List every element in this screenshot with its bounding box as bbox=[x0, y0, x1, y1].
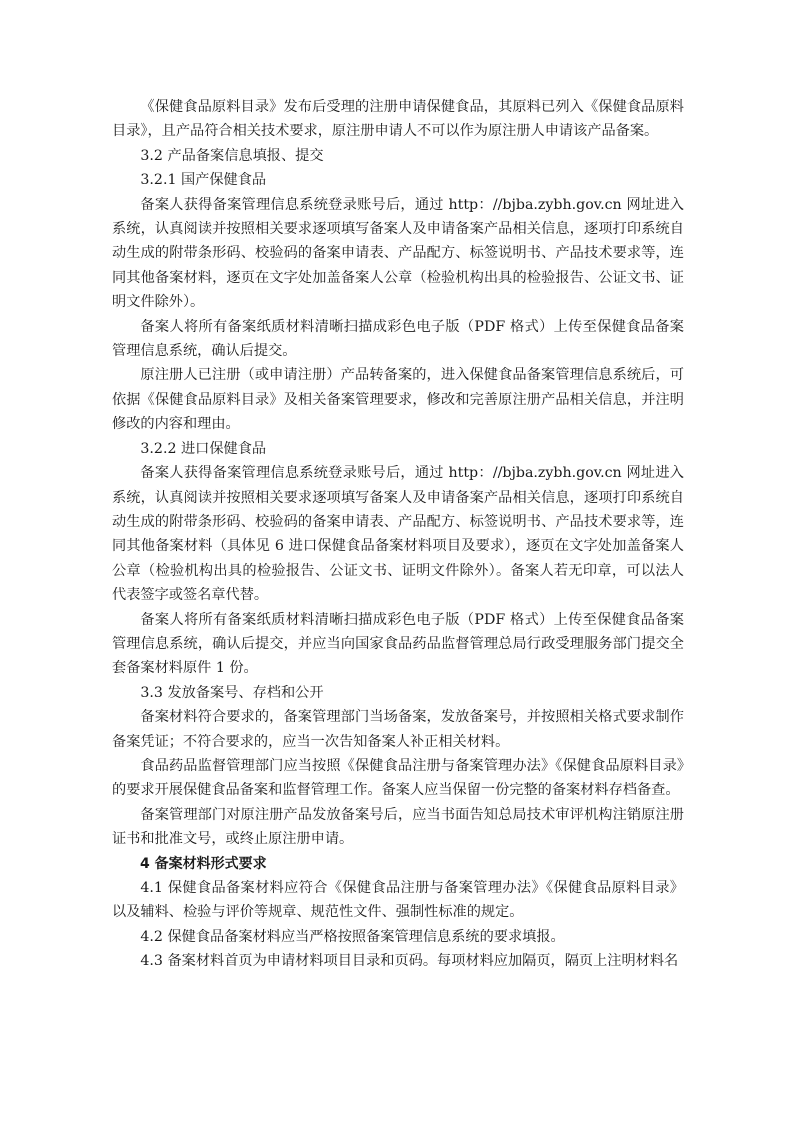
section-heading-3-2-2: 3.2.2 进口保健食品 bbox=[112, 437, 684, 461]
section-heading-3-2: 3.2 产品备案信息填报、提交 bbox=[112, 144, 684, 168]
paragraph-4-2: 4.2 保健食品备案材料应当严格按照备案管理信息系统的要求填报。 bbox=[112, 925, 684, 949]
paragraph-import-login: 备案人获得备案管理信息系统登录账号后，通过 http：//bjba.zybh.g… bbox=[112, 461, 684, 607]
paragraph-issue-number: 备案材料符合要求的，备案管理部门当场备案，发放备案号，并按照相关格式要求制作备案… bbox=[112, 705, 684, 754]
section-heading-3-2-1: 3.2.1 国产保健食品 bbox=[112, 168, 684, 192]
paragraph-import-upload: 备案人将所有备案纸质材料清晰扫描成彩色电子版（PDF 格式）上传至保健食品备案管… bbox=[112, 608, 684, 681]
paragraph-transfer-registration: 原注册人已注册（或申请注册）产品转备案的，进入保健食品备案管理信息系统后，可依据… bbox=[112, 363, 684, 436]
paragraph-supervision: 食品药品监督管理部门应当按照《保健食品注册与备案管理办法》《保健食品原料目录》的… bbox=[112, 754, 684, 803]
section-heading-4: 4 备案材料形式要求 bbox=[112, 852, 684, 876]
paragraph-4-3: 4.3 备案材料首页为申请材料项目目录和页码。每项材料应加隔页，隔页上注明材料名 bbox=[112, 949, 684, 973]
paragraph-domestic-upload: 备案人将所有备案纸质材料清晰扫描成彩色电子版（PDF 格式）上传至保健食品备案管… bbox=[112, 315, 684, 364]
paragraph-4-1: 4.1 保健食品备案材料应符合《保健食品注册与备案管理办法》《保健食品原料目录》… bbox=[112, 876, 684, 925]
paragraph-raw-material-catalog: 《保健食品原料目录》发布后受理的注册申请保健食品，其原料已列入《保健食品原料目录… bbox=[112, 95, 684, 144]
section-heading-3-3: 3.3 发放备案号、存档和公开 bbox=[112, 681, 684, 705]
paragraph-domestic-login: 备案人获得备案管理信息系统登录账号后，通过 http：//bjba.zybh.g… bbox=[112, 193, 684, 315]
document-page: 《保健食品原料目录》发布后受理的注册申请保健食品，其原料已列入《保健食品原料目录… bbox=[112, 95, 684, 974]
paragraph-cancel-registration: 备案管理部门对原注册产品发放备案号后，应当书面告知总局技术审评机构注销原注册证书… bbox=[112, 803, 684, 852]
